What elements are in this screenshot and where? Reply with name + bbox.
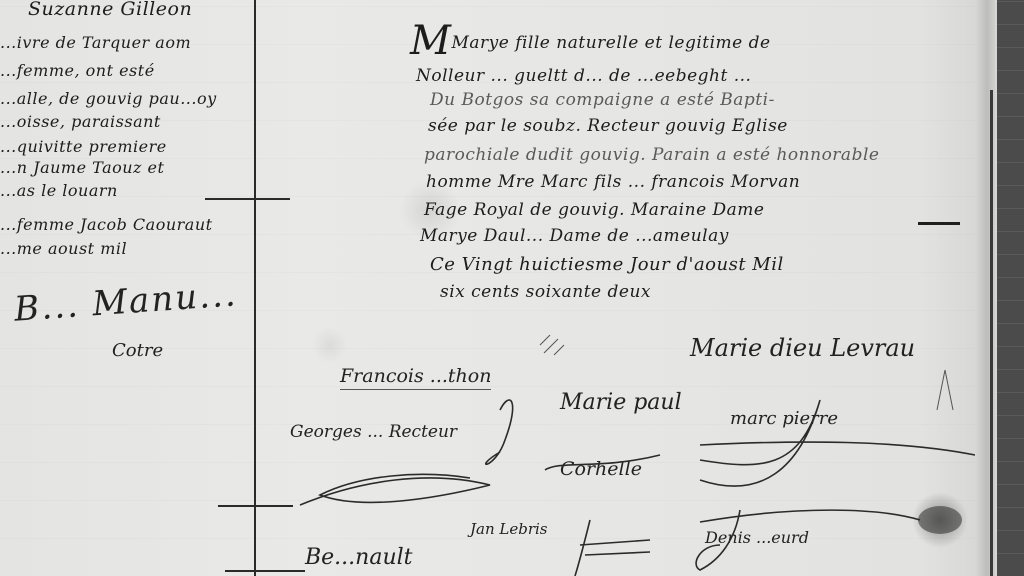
register-page: Suzanne Gilleon ...ivre de Tarquer aom .…: [0, 0, 1024, 576]
entry-line: parochiale dudit gouvig. Parain a esté h…: [424, 145, 879, 165]
left-line: ...ivre de Tarquer aom: [0, 33, 191, 52]
entry-line: Marye Daul... Dame de ...ameulay: [420, 226, 729, 246]
entry-line: Fage Royal de gouvig. Maraine Dame: [424, 200, 764, 220]
entry-line: MMarye fille naturelle et legitime de: [410, 18, 771, 64]
entry-line: Nolleur ... gueltt d... de ...eebeght ..…: [416, 66, 751, 86]
gutter-shadow-line: [990, 90, 993, 576]
book-binding: [997, 0, 1024, 576]
left-line: ...n Jaume Taouz et: [0, 158, 164, 177]
left-line: ...alle, de gouvig pau...oy: [0, 89, 217, 108]
rule-tick: [205, 198, 290, 200]
signature: Cotre: [112, 340, 163, 361]
entry-line: sée par le soubz. Recteur gouvig Eglise: [428, 116, 788, 136]
entry-text: Marye fille naturelle et legitime de: [451, 33, 770, 53]
signature: Denis ...eurd: [705, 528, 809, 547]
left-line: ...me aoust mil: [0, 239, 127, 258]
entry-line: Du Botgos sa compaigne a esté Bapti-: [430, 90, 775, 110]
left-line: ...femme, ont esté: [0, 61, 155, 80]
left-line: Suzanne Gilleon: [28, 0, 192, 20]
line-filler: [918, 222, 960, 225]
signature: marc pierre: [730, 408, 838, 429]
signature: Francois ...thon: [340, 365, 491, 390]
signature: B... Manu...: [13, 274, 239, 329]
entry-line: homme Mre Marc fils ... francois Morvan: [426, 172, 800, 192]
left-line: ...oisse, paraissant: [0, 112, 161, 131]
signature: Corhelle: [560, 458, 642, 480]
signature: Marie dieu Levrau: [690, 334, 915, 362]
rule-tick: [218, 505, 293, 507]
left-line: ...as le louarn: [0, 181, 118, 200]
margin-rule: [254, 0, 256, 576]
signature: Jan Lebris: [470, 520, 548, 538]
drop-cap: M: [410, 18, 451, 64]
signature: Be...nault: [305, 545, 413, 570]
entry-line: Ce Vingt huictiesme Jour d'aoust Mil: [430, 254, 784, 275]
left-line: ...quivitte premiere: [0, 137, 167, 156]
rule-tick: [225, 570, 305, 572]
signature: Marie paul: [560, 390, 682, 415]
signature: Georges ... Recteur: [290, 422, 457, 442]
entry-line: six cents soixante deux: [440, 282, 651, 302]
left-line: ...femme Jacob Caouraut: [0, 215, 213, 234]
